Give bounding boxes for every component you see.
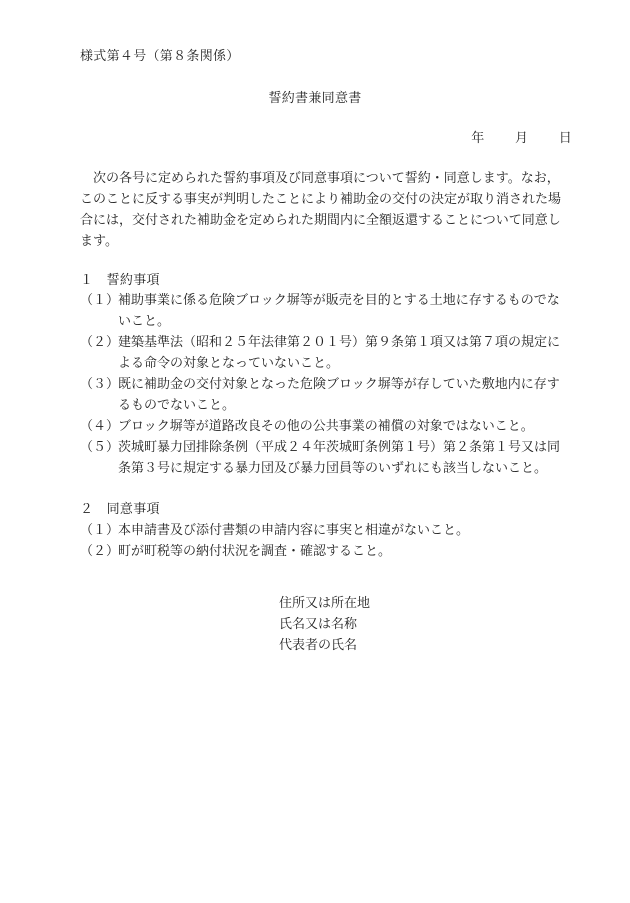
section-heading-consent: ２ 同意事項 — [80, 500, 160, 520]
address-label: 住所又は所在地 — [279, 594, 370, 614]
item-line: いこと。 — [118, 311, 580, 332]
pledge-item-3: 既に補助金の交付対象となった危険ブロック塀等が存していた敷地内に存す るものでな… — [118, 374, 580, 416]
item-label: （２） — [80, 542, 119, 562]
pledge-item-4: ブロック塀等が道路改良その他の公共事業の補償の対象ではないこと。 — [118, 416, 580, 437]
pledge-item-1: 補助事業に係る危険ブロック塀等が販売を目的とする土地に存するものでな いこと。 — [118, 290, 580, 332]
item-line: 町が町税等の納付状況を調査・確認すること。 — [118, 541, 580, 562]
consent-item-2: 町が町税等の納付状況を調査・確認すること。 — [118, 541, 580, 562]
name-label: 氏名又は名称 — [279, 615, 357, 635]
item-line: ブロック塀等が道路改良その他の公共事業の補償の対象ではないこと。 — [118, 416, 580, 437]
date-line: 年 月 日 — [471, 129, 572, 149]
pledge-item-5: 茨城町暴力団排除条例（平成２４年茨城町条例第１号）第２条第１号又は同 条第３号に… — [118, 437, 580, 479]
intro-line: 合には，交付された補助金を定められた期間内に全額返還することについて同意し — [80, 210, 580, 231]
pledge-item-2: 建築基準法（昭和２５年法律第２０１号）第９条第１項又は第７項の規定に よる命令の… — [118, 332, 580, 374]
item-label: （１） — [80, 521, 119, 541]
consent-item-1: 本申請書及び添付書類の申請内容に事実と相違がないこと。 — [118, 520, 580, 541]
item-label: （５） — [80, 438, 119, 458]
item-line: 本申請書及び添付書類の申請内容に事実と相違がないこと。 — [118, 520, 580, 541]
intro-paragraph: 次の各号に定められた誓約事項及び同意事項について誓約・同意します。なお， このこ… — [80, 168, 580, 252]
item-line: 補助事業に係る危険ブロック塀等が販売を目的とする土地に存するものでな — [118, 290, 580, 311]
intro-line: 次の各号に定められた誓約事項及び同意事項について誓約・同意します。なお， — [80, 168, 580, 189]
item-line: 建築基準法（昭和２５年法律第２０１号）第９条第１項又は第７項の規定に — [118, 332, 580, 353]
document-title: 誓約書兼同意書 — [0, 89, 630, 109]
item-line: るものでないこと。 — [118, 395, 580, 416]
date-year-label: 年 — [471, 129, 484, 149]
item-line: 条第３号に規定する暴力団及び暴力団員等のいずれにも該当しないこと。 — [118, 458, 580, 479]
item-line: 既に補助金の交付対象となった危険ブロック塀等が存していた敷地内に存す — [118, 374, 580, 395]
section-heading-pledge: １ 誓約事項 — [80, 271, 160, 291]
intro-line: ます。 — [80, 231, 580, 252]
item-line: よる命令の対象となっていないこと。 — [118, 353, 580, 374]
form-number: 様式第４号（第８条関係） — [80, 47, 240, 67]
item-label: （３） — [80, 375, 119, 395]
item-label: （２） — [80, 333, 119, 353]
date-day-label: 日 — [559, 129, 572, 149]
item-label: （１） — [80, 291, 119, 311]
item-line: 茨城町暴力団排除条例（平成２４年茨城町条例第１号）第２条第１号又は同 — [118, 437, 580, 458]
representative-label: 代表者の氏名 — [279, 636, 357, 656]
date-month-label: 月 — [515, 129, 528, 149]
intro-line: このことに反する事実が判明したことにより補助金の交付の決定が取り消された場 — [80, 189, 580, 210]
item-label: （４） — [80, 417, 119, 437]
